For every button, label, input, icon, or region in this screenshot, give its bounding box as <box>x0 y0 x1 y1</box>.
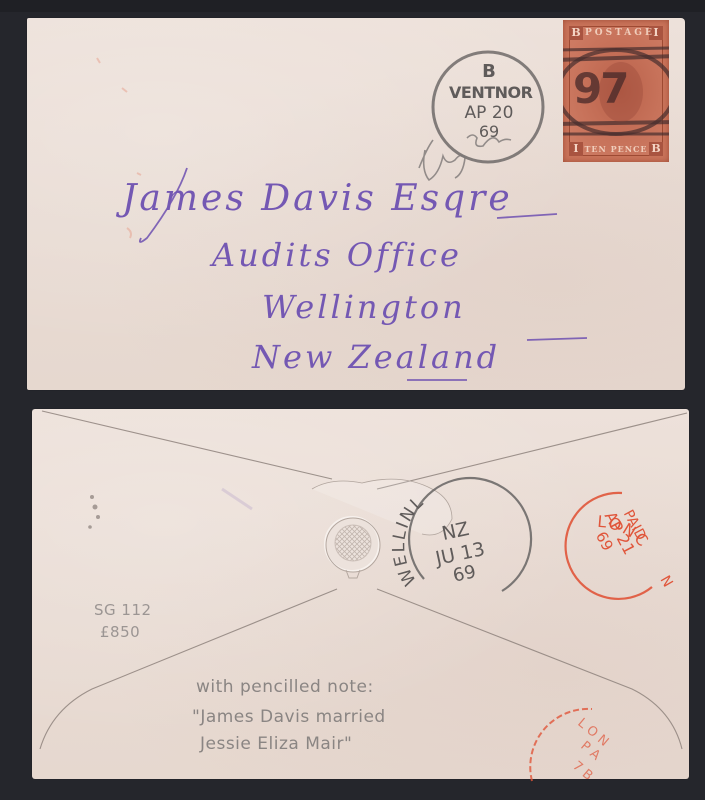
envelope-back: WELLINL NZ JU 13 69 LONC N PAID AP 21 69… <box>32 409 689 779</box>
cancel-number: 97 <box>573 64 627 113</box>
catalogue-number: SG 112 <box>94 601 152 619</box>
price-note: £850 <box>100 623 140 641</box>
svg-text:7 B: 7 B <box>569 759 595 784</box>
address-line-name: James Davis Esqre <box>122 178 513 219</box>
address-line-city: Wellington <box>262 288 466 326</box>
photo-background <box>0 0 705 12</box>
address-line-country: New Zealand <box>252 338 500 376</box>
address-line-office: Audits Office <box>212 236 462 274</box>
postage-stamp: B I I B POSTAGE TEN PENCE 97 <box>563 20 669 162</box>
pencil-note-line-2: Jessie Eliza Mair" <box>200 734 352 754</box>
pencil-note-intro: with pencilled note: <box>196 677 374 697</box>
pencil-note-line-1: "James Davis married <box>192 707 386 727</box>
